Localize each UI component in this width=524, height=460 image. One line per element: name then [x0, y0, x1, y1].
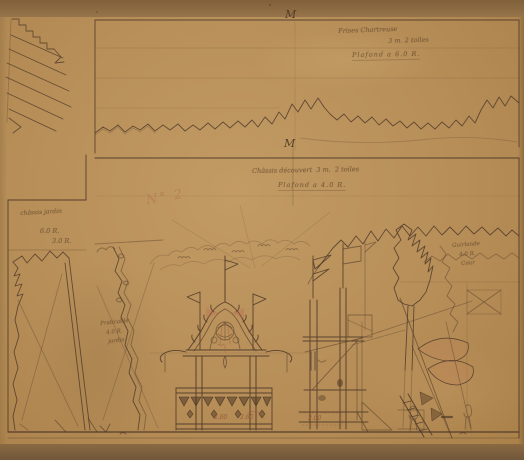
frieze-foliage-outline [95, 96, 519, 143]
right-note-line3: Cour [461, 260, 475, 267]
left-box-note-line3: 3.0 R. [52, 237, 71, 245]
main-note-line2: Plafond a 4.0 R. [278, 181, 346, 191]
staircase-sketch [6, 19, 71, 133]
left-wing-panel-1 [13, 251, 90, 430]
frieze-section-frame [95, 20, 519, 153]
right-note-line2: 4.0 R. [459, 251, 476, 258]
frieze-note-line3: Plafond a 6.0 R. [352, 50, 421, 61]
left-wing-panel-2 [95, 240, 163, 430]
tribune-dimension-a: 2.60 [214, 414, 227, 421]
frieze-note-line2: 3 m. 2 toiles [388, 36, 429, 45]
left-box-note-line2: 6.0 R. [40, 227, 59, 235]
central-foliage-faint [150, 205, 330, 270]
baseline-marks [55, 4, 466, 434]
gothic-tribune [160, 256, 292, 430]
tower-dimension: 2.60 [308, 415, 321, 422]
scanned-stage-design-sheet: M M N° 2 Frises Chartreuse 3 m. 2 toiles… [0, 0, 524, 460]
main-section-frame [8, 148, 519, 438]
centerline-mark-main: M [284, 137, 295, 150]
centerline-mark-top: M [285, 8, 296, 21]
pencil-sketch-layer [0, 0, 524, 460]
tribune-dimension-b: 2.60 [240, 414, 253, 421]
